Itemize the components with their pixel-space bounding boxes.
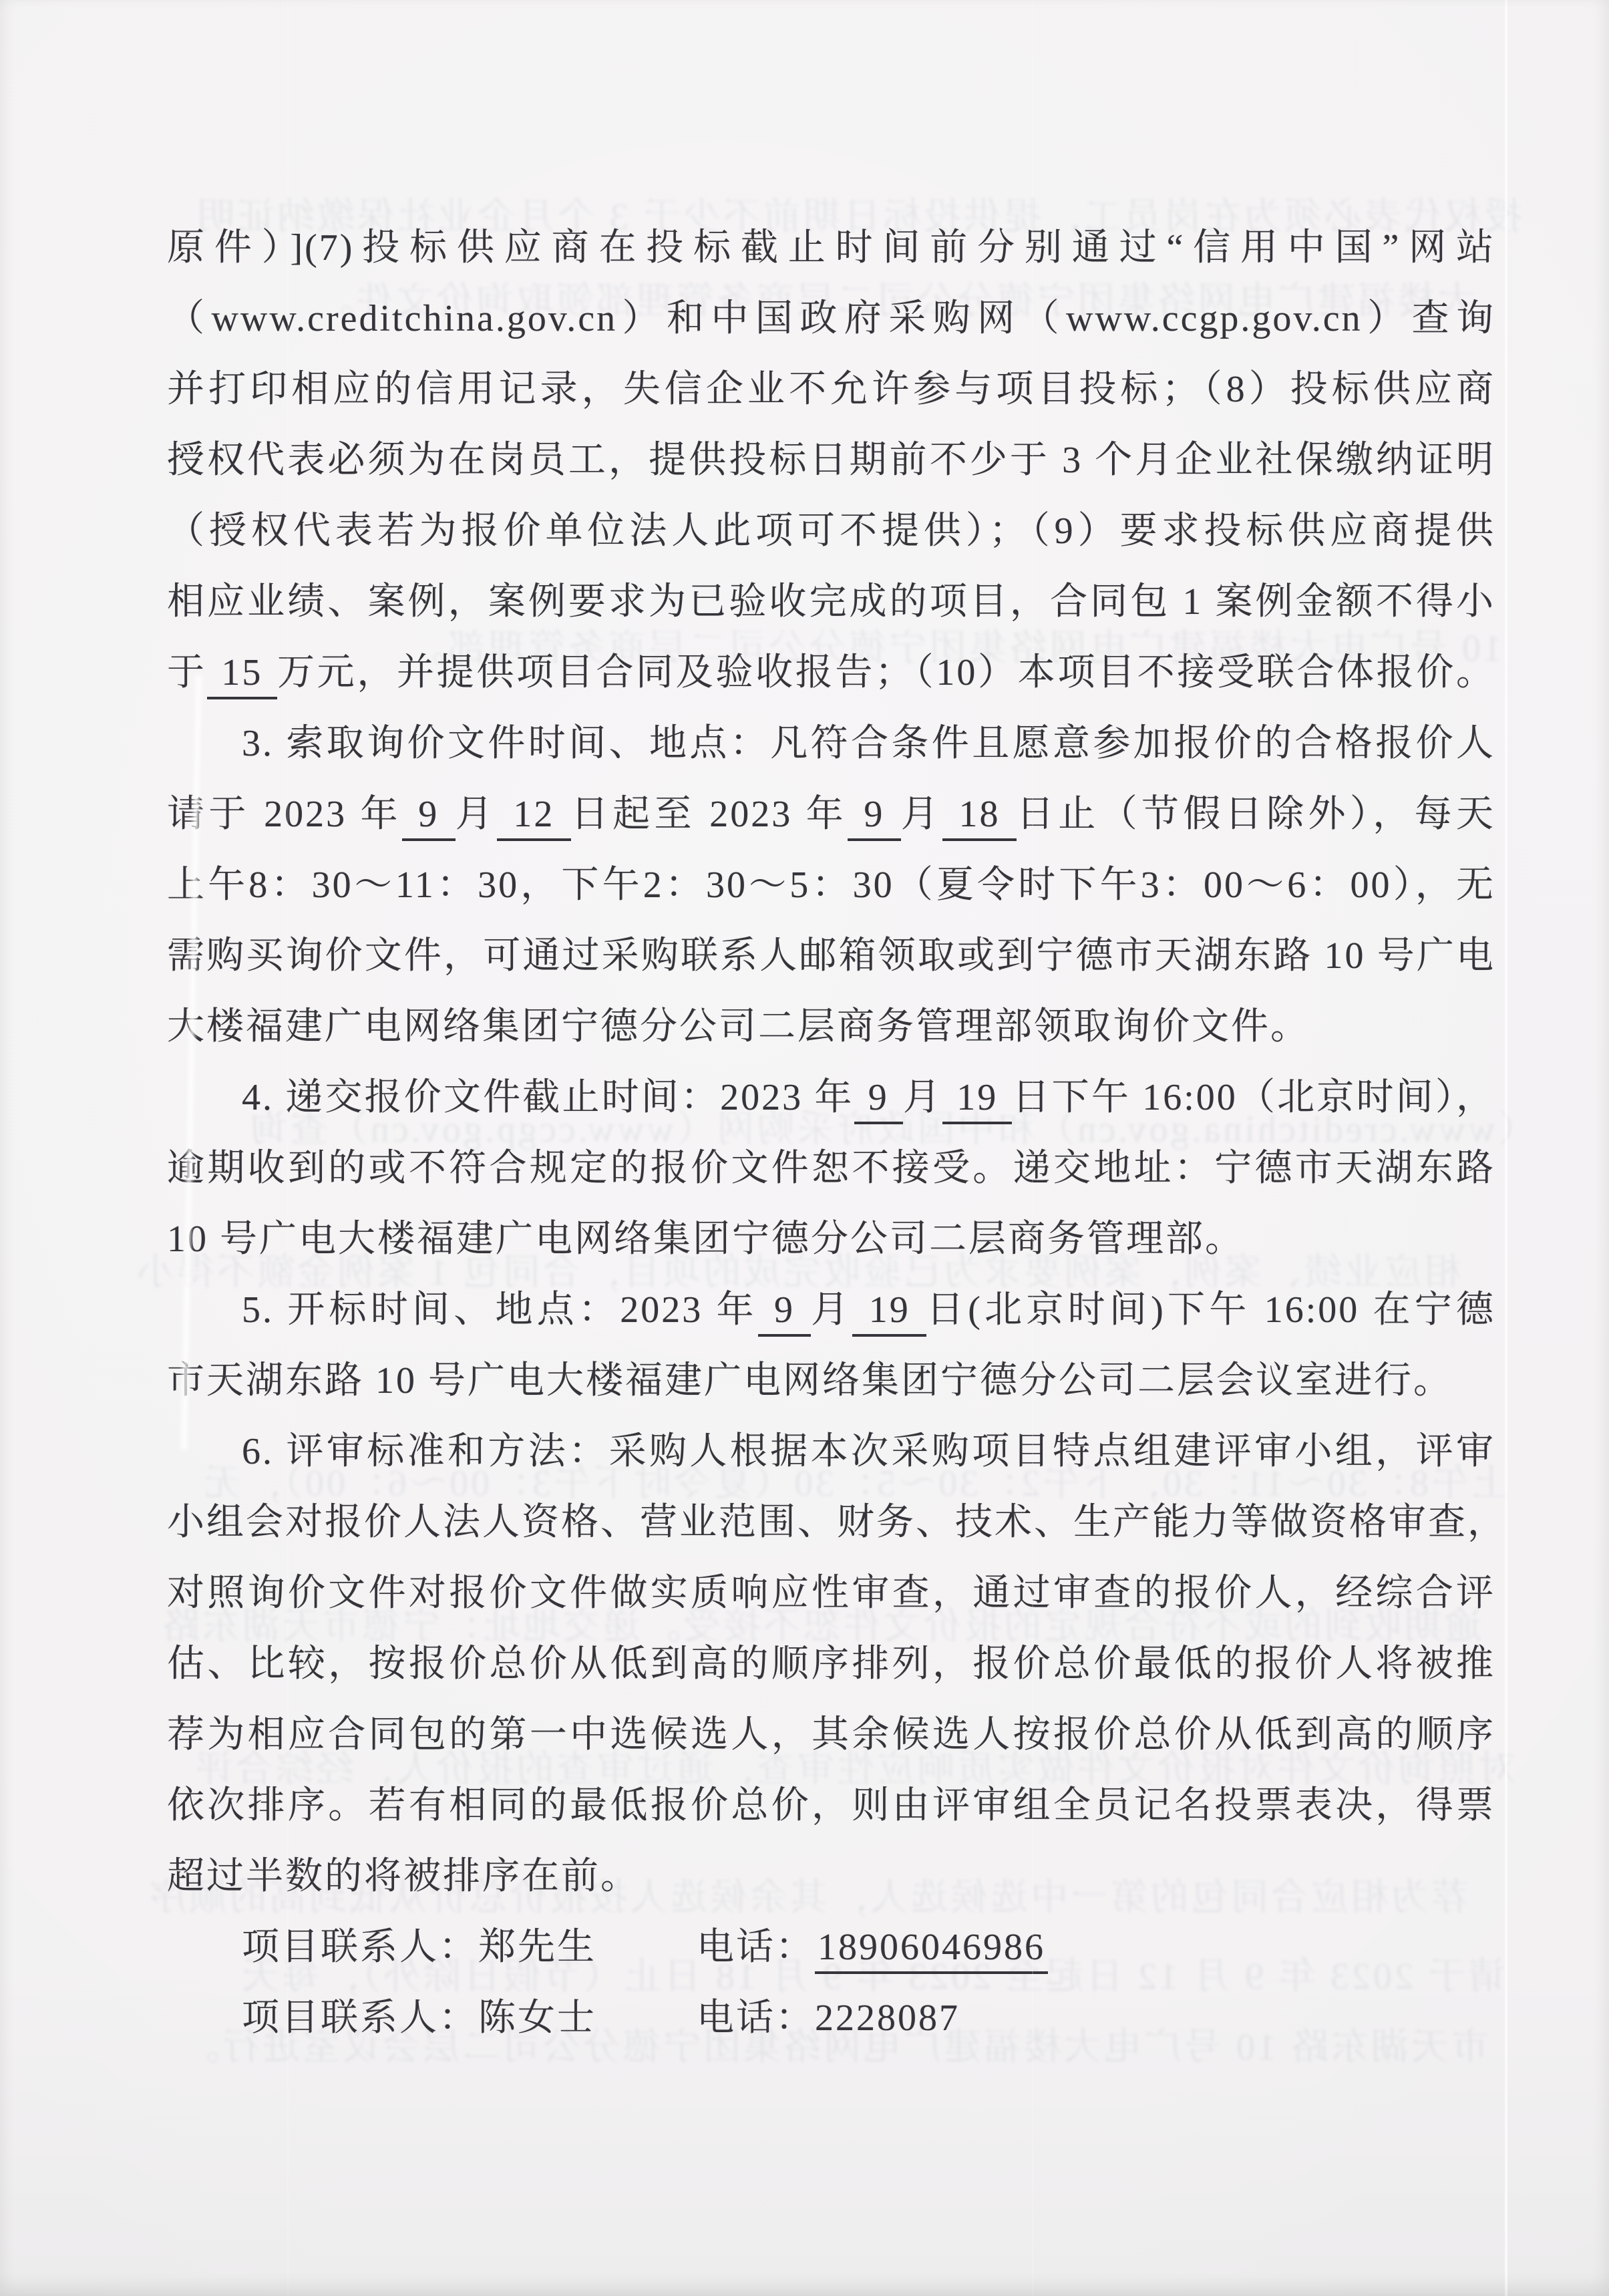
text-line: 于 15 万元，并提供项目合同及验收报告；（10）本项目不接受联合体报价。 xyxy=(167,637,1495,708)
text-segment: 项目联系人：陈女士 xyxy=(242,1997,596,2039)
text-line: 估、比较，按报价总价从低到高的顺序排列，报价总价最低的报价人将被推 xyxy=(167,1629,1495,1699)
text-line: 依次排序。若有相同的最低报价总价，则由评审组全员记名投票表决，得票 xyxy=(167,1770,1495,1841)
text-line: 小组会对报价人法人资格、营业范围、财务、技术、生产能力等做资格审查， xyxy=(167,1487,1495,1558)
text-segment: （授权代表若为报价单位法人此项可不提供）；（9）要求投标供应商提供 xyxy=(167,510,1495,552)
text-line: 相应业绩、案例，案例要求为已验收完成的项目，合同包 1 案例金额不得小 xyxy=(167,566,1495,637)
text-segment: 大楼福建广电网络集团宁德分公司二层商务管理部领取询价文件。 xyxy=(167,1006,1310,1047)
text-segment: 项目联系人：郑先生 xyxy=(242,1927,596,1968)
text-line: 4. 递交报价文件截止时间：2023 年 9 月 19 日下午 16:00（北京… xyxy=(167,1062,1495,1133)
text-segment: 超过半数的将被排序在前。 xyxy=(167,1856,640,1897)
contact-line: 项目联系人：陈女士电话：2228087 xyxy=(167,1983,1495,2054)
text-line: 大楼福建广电网络集团宁德分公司二层商务管理部领取询价文件。 xyxy=(167,991,1495,1062)
text-line: （www.creditchina.gov.cn）和中国政府采购网（www.ccg… xyxy=(167,283,1495,354)
text-segment: 日起至 2023 年 xyxy=(571,794,848,835)
filled-blank-underlined: 12 xyxy=(497,794,571,841)
text-segment: 5. 开标时间、地点：2023 年 xyxy=(242,1289,758,1331)
text-line: 授权代表必须为在岗员工，提供投标日期前不少于 3 个月企业社保缴纳证明 xyxy=(167,425,1495,496)
text-line: 市天湖东路 10 号广电大楼福建广电网络集团宁德分公司二层会议室进行。 xyxy=(167,1345,1495,1416)
text-segment: 上午8：30～11：30，下午2：30～5：30（夏令时下午3：00～6：00）… xyxy=(167,864,1495,906)
text-line: 上午8：30～11：30，下午2：30～5：30（夏令时下午3：00～6：00）… xyxy=(167,850,1495,921)
filled-blank-underlined: 9 xyxy=(854,1077,903,1124)
text-segment: 小组会对报价人法人资格、营业范围、财务、技术、生产能力等做资格审查， xyxy=(167,1502,1507,1543)
text-line: 荐为相应合同包的第一中选候选人，其余候选人按报价总价从低到高的顺序 xyxy=(167,1699,1495,1770)
text-segment: 月 xyxy=(456,794,497,835)
text-segment: 请于 2023 年 xyxy=(167,794,402,835)
text-line: 6. 评审标准和方法：采购人根据本次采购项目特点组建评审小组，评审 xyxy=(167,1416,1495,1487)
text-line: 原件）](7)投标供应商在投标截止时间前分别通过“信用中国”网站 xyxy=(167,212,1495,283)
text-segment: 4. 递交报价文件截止时间：2023 年 xyxy=(242,1077,854,1118)
text-segment: 估、比较，按报价总价从低到高的顺序排列，报价总价最低的报价人将被推 xyxy=(167,1643,1495,1685)
text-line: （授权代表若为报价单位法人此项可不提供）；（9）要求投标供应商提供 xyxy=(167,496,1495,566)
filled-blank-underlined: 18906046986 xyxy=(815,1927,1048,1974)
text-line: 请于 2023 年 9 月 12 日起至 2023 年 9 月 18 日止（节假… xyxy=(167,779,1495,850)
text-segment: 荐为相应合同包的第一中选候选人，其余候选人按报价总价从低到高的顺序 xyxy=(167,1714,1495,1756)
text-segment: 并打印相应的信用记录，失信企业不允许参与项目投标；（8）投标供应商 xyxy=(167,369,1495,410)
text-segment: 月 xyxy=(903,1077,942,1118)
text-segment: 10 号广电大楼福建广电网络集团宁德分公司二层商务管理部。 xyxy=(167,1218,1244,1260)
filled-blank-underlined: 15 xyxy=(207,652,277,699)
text-segment: 逾期收到的或不符合规定的报价文件恕不接受。递交地址：宁德市天湖东路 xyxy=(167,1148,1495,1189)
text-line: 并打印相应的信用记录，失信企业不允许参与项目投标；（8）投标供应商 xyxy=(167,354,1495,425)
filled-blank-underlined: 19 xyxy=(852,1289,926,1337)
text-segment: 依次排序。若有相同的最低报价总价，则由评审组全员记名投票表决，得票 xyxy=(167,1785,1495,1826)
filled-blank-underlined: 9 xyxy=(758,1289,812,1337)
text-segment: 月 xyxy=(901,794,942,835)
text-line: 对照询价文件对报价文件做实质响应性审查，通过审查的报价人，经综合评 xyxy=(167,1558,1495,1629)
filled-blank-underlined: 9 xyxy=(402,794,456,841)
text-segment: 日下午 16:00（北京时间）， xyxy=(1012,1077,1495,1118)
document-body: 原件）](7)投标供应商在投标截止时间前分别通过“信用中国”网站（www.cre… xyxy=(167,212,1495,2054)
text-line: 3. 索取询价文件时间、地点：凡符合条件且愿意参加报价的合格报价人 xyxy=(167,708,1495,779)
text-line: 5. 开标时间、地点：2023 年 9 月 19 日(北京时间)下午 16:00… xyxy=(167,1275,1495,1345)
text-line: 逾期收到的或不符合规定的报价文件恕不接受。递交地址：宁德市天湖东路 xyxy=(167,1133,1495,1204)
text-segment: 月 xyxy=(811,1289,852,1331)
text-line: 需购买询价文件，可通过采购联系人邮箱领取或到宁德市天湖东路 10 号广电 xyxy=(167,921,1495,991)
text-segment: 授权代表必须为在岗员工，提供投标日期前不少于 3 个月企业社保缴纳证明 xyxy=(167,440,1495,481)
text-segment: 需购买询价文件，可通过采购联系人邮箱领取或到宁德市天湖东路 10 号广电 xyxy=(167,935,1495,977)
text-segment: 2228087 xyxy=(815,1997,960,2039)
text-segment: 万元，并提供项目合同及验收报告；（10）本项目不接受联合体报价。 xyxy=(277,652,1495,693)
text-segment: 相应业绩、案例，案例要求为已验收完成的项目，合同包 1 案例金额不得小 xyxy=(167,581,1495,623)
text-segment: 对照询价文件对报价文件做实质响应性审查，通过审查的报价人，经综合评 xyxy=(167,1573,1495,1614)
contact-line: 项目联系人：郑先生电话：18906046986 xyxy=(167,1912,1495,1983)
text-line: 10 号广电大楼福建广电网络集团宁德分公司二层商务管理部。 xyxy=(167,1204,1495,1275)
text-segment: 原件）](7)投标供应商在投标截止时间前分别通过“信用中国”网站 xyxy=(167,227,1495,269)
text-segment: 6. 评审标准和方法：采购人根据本次采购项目特点组建评审小组，评审 xyxy=(242,1431,1495,1472)
text-segment: 电话： xyxy=(697,1997,815,2039)
scanned-document-page: 授权代表必须为在岗员工，提供投标日期前不少于 3 个月企业社保缴纳证明大楼福建广… xyxy=(0,0,1609,2296)
text-line: 超过半数的将被排序在前。 xyxy=(167,1841,1495,1912)
filled-blank-underlined: 19 xyxy=(942,1077,1012,1124)
text-segment: 于 xyxy=(167,652,207,693)
text-segment: 日(北京时间)下午 16:00 在宁德 xyxy=(926,1289,1495,1331)
scan-artifact-line xyxy=(1505,0,1507,2296)
text-segment: 电话： xyxy=(697,1927,815,1968)
text-segment: 日止（节假日除外），每天 xyxy=(1017,794,1495,835)
text-segment: 3. 索取询价文件时间、地点：凡符合条件且愿意参加报价的合格报价人 xyxy=(242,723,1495,764)
filled-blank-underlined: 18 xyxy=(942,794,1017,841)
filled-blank-underlined: 9 xyxy=(848,794,901,841)
text-segment: 市天湖东路 10 号广电大楼福建广电网络集团宁德分公司二层会议室进行。 xyxy=(167,1360,1453,1402)
text-segment: （www.creditchina.gov.cn）和中国政府采购网（www.ccg… xyxy=(167,298,1495,339)
